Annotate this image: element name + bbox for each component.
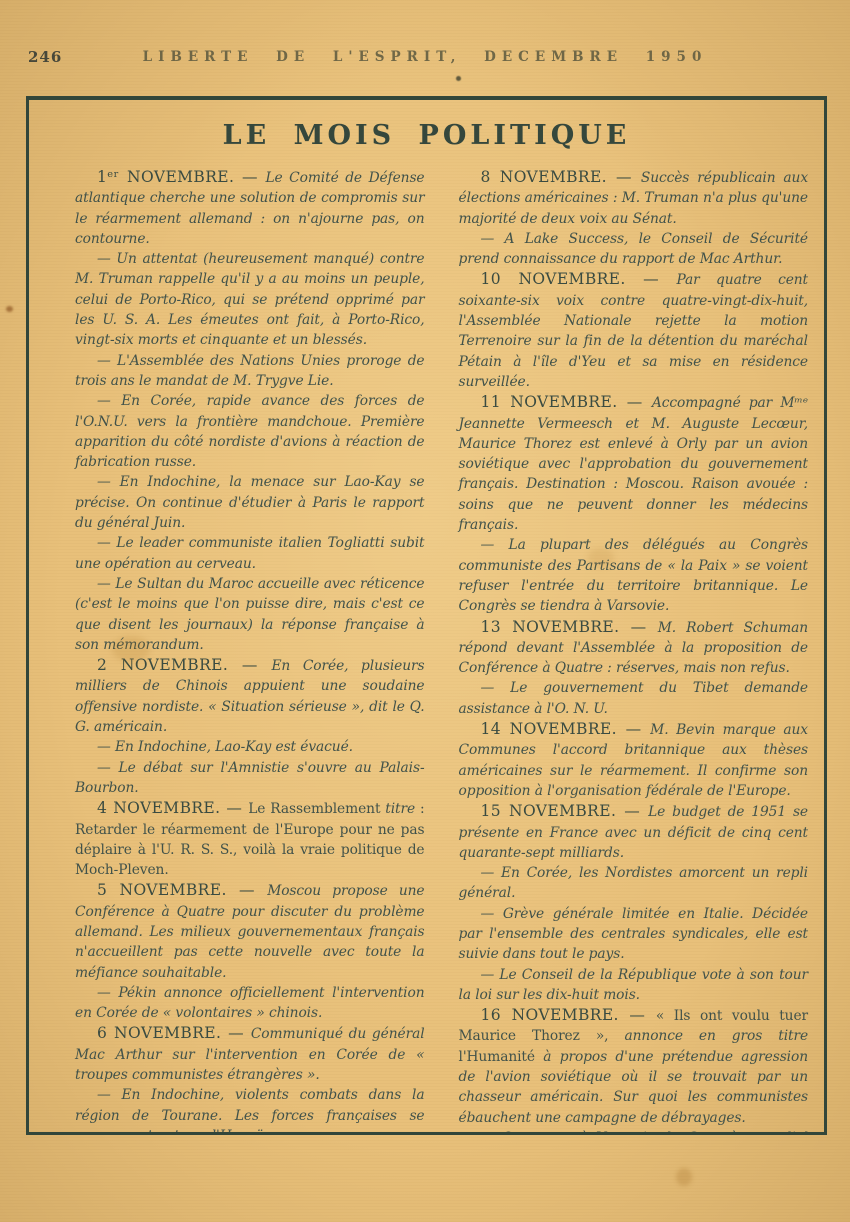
entry-text: — Le gouvernement du Tibet demande assis… bbox=[459, 680, 809, 716]
entry-text: — Pékin annonce officiellement l'interve… bbox=[75, 985, 425, 1021]
entry-text: — Le leader communiste italien Togliatti… bbox=[75, 535, 425, 571]
entry-date-label: 4 NOVEMBRE. — bbox=[97, 799, 248, 817]
entry-text: — Ouverture à Varsovie du Congrès mondia… bbox=[459, 1130, 809, 1135]
entry-date-label: 14 NOVEMBRE. — bbox=[481, 720, 651, 738]
chronology-entry: — En Indochine, Lao-Kay est évacué. bbox=[75, 737, 425, 757]
chronology-entry: 5 NOVEMBRE. — Moscou propose une Confére… bbox=[75, 880, 425, 982]
entry-date-label: 10 NOVEMBRE. — bbox=[481, 270, 677, 288]
entry-text: — En Corée, rapide avance des forces de … bbox=[75, 393, 425, 470]
article-title: LE MOIS POLITIQUE bbox=[29, 120, 824, 151]
chronology-entry: — Un attentat (heureusement manqué) cont… bbox=[75, 249, 425, 350]
entry-text: titre bbox=[385, 801, 415, 817]
entry-text: l'Humanité bbox=[459, 1049, 544, 1065]
entry-text: — Un attentat (heureusement manqué) cont… bbox=[75, 251, 425, 348]
entry-text: — Le Conseil de la République vote à son… bbox=[459, 967, 809, 1003]
chronology-entry: 16 NOVEMBRE. — « Ils ont voulu tuer Maur… bbox=[459, 1005, 809, 1128]
entry-date-label: 13 NOVEMBRE. — bbox=[481, 618, 658, 636]
chronology-entry: — A Lake Success, le Conseil de Sécurité… bbox=[459, 229, 809, 270]
entry-date-label: 11 NOVEMBRE. — bbox=[481, 393, 652, 411]
entry-date-label: 6 NOVEMBRE. — bbox=[97, 1024, 251, 1042]
chronology-entry: 2 NOVEMBRE. — En Corée, plusieurs millie… bbox=[75, 655, 425, 737]
chronology-entry: — En Corée, rapide avance des forces de … bbox=[75, 391, 425, 472]
ink-speck bbox=[456, 76, 461, 81]
chronology-entry: — La plupart des délégués au Congrès com… bbox=[459, 535, 809, 616]
entry-date-label: 5 NOVEMBRE. — bbox=[97, 881, 267, 899]
content-frame: LE MOIS POLITIQUE 1ᵉʳ NOVEMBRE. — Le Com… bbox=[26, 96, 827, 1135]
entry-date-label: 1ᵉʳ NOVEMBRE. — bbox=[97, 168, 265, 186]
chronology-entry: 8 NOVEMBRE. — Succès républicain aux éle… bbox=[459, 167, 809, 229]
chronology-entry: 6 NOVEMBRE. — Communiqué du général Mac … bbox=[75, 1023, 425, 1085]
chronology-entry: — En Indochine, violents combats dans la… bbox=[75, 1085, 425, 1135]
paper-stain bbox=[676, 1168, 692, 1186]
ink-speck bbox=[6, 306, 13, 312]
entry-text: Le Rassemblement bbox=[248, 801, 385, 817]
chronology-entry: 13 NOVEMBRE. — M. Robert Schuman répond … bbox=[459, 617, 809, 679]
entry-text: annonce en gros titre bbox=[625, 1028, 809, 1044]
column-right: 8 NOVEMBRE. — Succès républicain aux éle… bbox=[459, 167, 809, 1135]
entry-text: — En Indochine, Lao-Kay est évacué. bbox=[97, 739, 353, 755]
chronology-entry: — Ouverture à Varsovie du Congrès mondia… bbox=[459, 1128, 809, 1135]
entry-date-label: 8 NOVEMBRE. — bbox=[481, 168, 641, 186]
chronology-entry: 14 NOVEMBRE. — M. Bevin marque aux Commu… bbox=[459, 719, 809, 801]
chronology-entry: — Pékin annonce officiellement l'interve… bbox=[75, 983, 425, 1024]
chronology-entry: — Le leader communiste italien Togliatti… bbox=[75, 533, 425, 574]
chronology-entry: 1ᵉʳ NOVEMBRE. — Le Comité de Défense atl… bbox=[75, 167, 425, 249]
entry-text: — La plupart des délégués au Congrès com… bbox=[459, 537, 809, 614]
chronology-entry: — Le gouvernement du Tibet demande assis… bbox=[459, 678, 809, 719]
entry-date-label: 2 NOVEMBRE. — bbox=[97, 656, 271, 674]
entry-text: — Le débat sur l'Amnistie s'ouvre au Pal… bbox=[75, 760, 425, 796]
scanned-page: 246 LIBERTE DE L'ESPRIT, DECEMBRE 1950 L… bbox=[0, 0, 850, 1222]
journal-running-head: LIBERTE DE L'ESPRIT, DECEMBRE 1950 bbox=[0, 49, 850, 65]
chronology-entry: 15 NOVEMBRE. — Le budget de 1951 se prés… bbox=[459, 801, 809, 863]
column-left: 1ᵉʳ NOVEMBRE. — Le Comité de Défense atl… bbox=[75, 167, 425, 1135]
chronology-entry: — Le Conseil de la République vote à son… bbox=[459, 965, 809, 1006]
entry-text: — En Corée, les Nordistes amorcent un re… bbox=[459, 865, 809, 901]
two-column-layout: 1ᵉʳ NOVEMBRE. — Le Comité de Défense atl… bbox=[29, 151, 824, 1135]
entry-text: — Le Sultan du Maroc accueille avec réti… bbox=[75, 576, 425, 653]
entry-text: — En Indochine, la menace sur Lao-Kay se… bbox=[75, 474, 425, 531]
entry-date-label: 16 NOVEMBRE. — bbox=[481, 1006, 656, 1024]
chronology-entry: — Le Sultan du Maroc accueille avec réti… bbox=[75, 574, 425, 655]
entry-text: — L'Assemblée des Nations Unies proroge … bbox=[75, 353, 425, 389]
entry-text: Par quatre cent soixante-six voix contre… bbox=[459, 272, 809, 389]
chronology-entry: 10 NOVEMBRE. — Par quatre cent soixante-… bbox=[459, 269, 809, 392]
chronology-entry: — En Corée, les Nordistes amorcent un re… bbox=[459, 863, 809, 904]
entry-text: — Grève générale limitée en Italie. Déci… bbox=[459, 906, 809, 963]
chronology-entry: 11 NOVEMBRE. — Accompagné par Mᵐᵉ Jeanne… bbox=[459, 392, 809, 535]
chronology-entry: — Le débat sur l'Amnistie s'ouvre au Pal… bbox=[75, 758, 425, 799]
chronology-entry: — L'Assemblée des Nations Unies proroge … bbox=[75, 351, 425, 392]
entry-text: — En Indochine, violents combats dans la… bbox=[75, 1087, 425, 1135]
entry-text: Accompagné par Mᵐᵉ Jeannette Vermeesch e… bbox=[459, 395, 809, 533]
chronology-entry: — En Indochine, la menace sur Lao-Kay se… bbox=[75, 472, 425, 533]
chronology-entry: — Grève générale limitée en Italie. Déci… bbox=[459, 904, 809, 965]
entry-text: — A Lake Success, le Conseil de Sécurité… bbox=[459, 231, 809, 267]
chronology-entry: 4 NOVEMBRE. — Le Rassemblement titre : R… bbox=[75, 798, 425, 880]
entry-date-label: 15 NOVEMBRE. — bbox=[481, 802, 649, 820]
